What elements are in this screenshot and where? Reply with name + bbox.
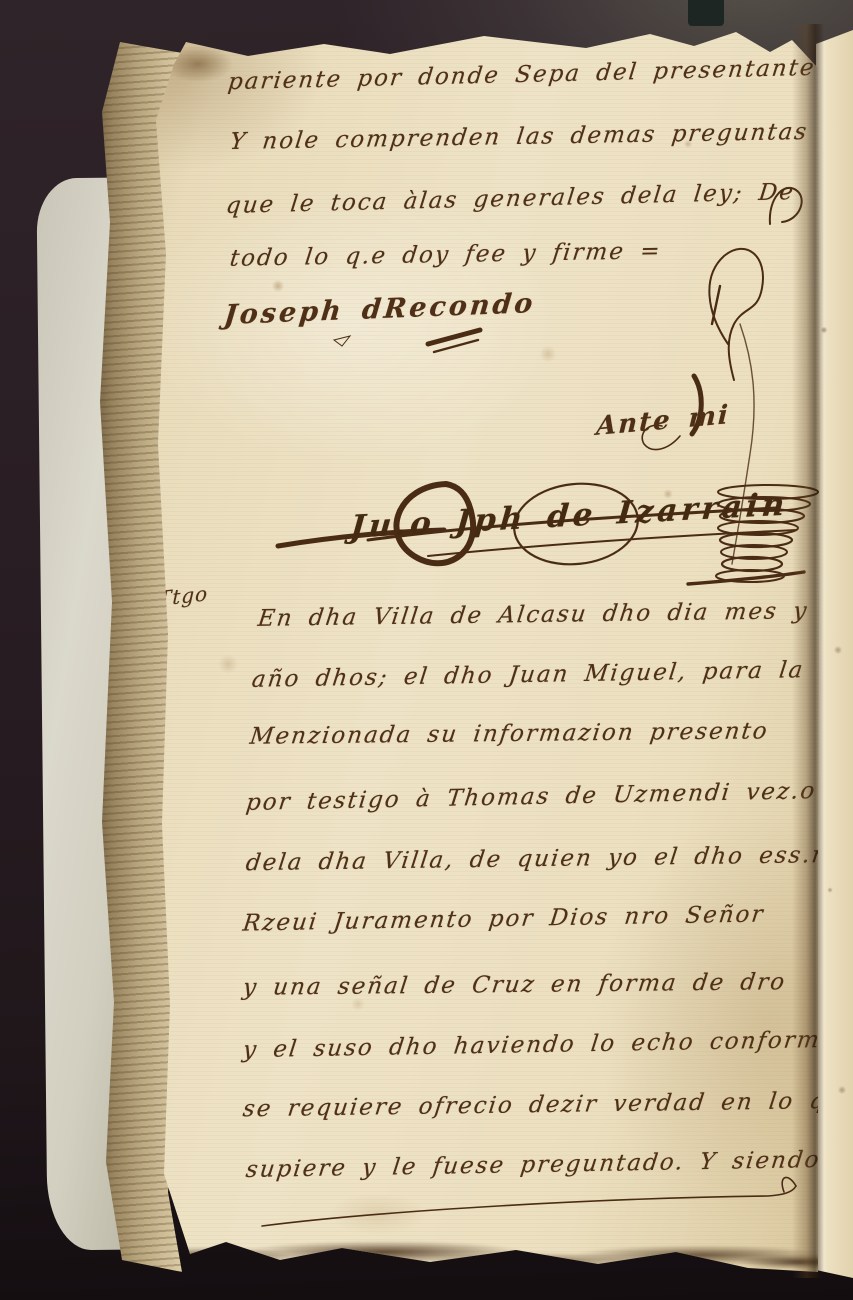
handwritten-line: supiere y le fuese preguntado. Y siendo	[244, 1147, 822, 1183]
handwritten-line: pariente por donde Sepa del presentante	[227, 55, 817, 95]
witness-signature: Joseph dRecondo	[223, 288, 537, 331]
manuscript-page: pariente por donde Sepa del presentante …	[128, 24, 820, 1272]
handwritten-line: En dha Villa de Alcasu dho dia mes y	[256, 598, 809, 632]
handwritten-line: y una señal de Cruz en forma de dro	[241, 969, 788, 1001]
handwritten-line: y el suso dho haviendo lo echo conforme	[241, 1027, 837, 1063]
handwritten-line: se requiere ofrecio dezir verdad en lo q…	[241, 1088, 852, 1123]
burnt-bottom-edge	[158, 1222, 820, 1272]
handwritten-line: Rzeui Juramento por Dios nro Señor	[241, 901, 766, 936]
handwritten-line: todo lo q.e doy fee y firme =	[228, 238, 663, 272]
closing-rule	[262, 1177, 796, 1226]
handwritten-line: dela dha Villa, de quien yo el dho ess.n…	[244, 842, 846, 876]
witness-signature-slashes	[334, 330, 480, 352]
ante-mi-label: Ante mi	[595, 400, 730, 442]
notary-signature: Ju.o Jph de Izarrain	[349, 486, 790, 545]
handwritten-line: que le toca àlas generales dela ley; De	[225, 179, 797, 219]
handwritten-line: Y nole comprenden las demas preguntas	[228, 119, 809, 155]
photograph-background: pariente por donde Sepa del presentante …	[0, 0, 853, 1300]
binding-strap	[688, 0, 724, 26]
handwritten-line: año dhos; el dho Juan Miguel, para la	[250, 657, 805, 693]
handwritten-line: Menzionada su informazion presento	[248, 718, 770, 749]
handwritten-line: por testigo à Thomas de Uzmendi vez.o	[245, 778, 818, 816]
gutter-shadow	[792, 24, 824, 1278]
